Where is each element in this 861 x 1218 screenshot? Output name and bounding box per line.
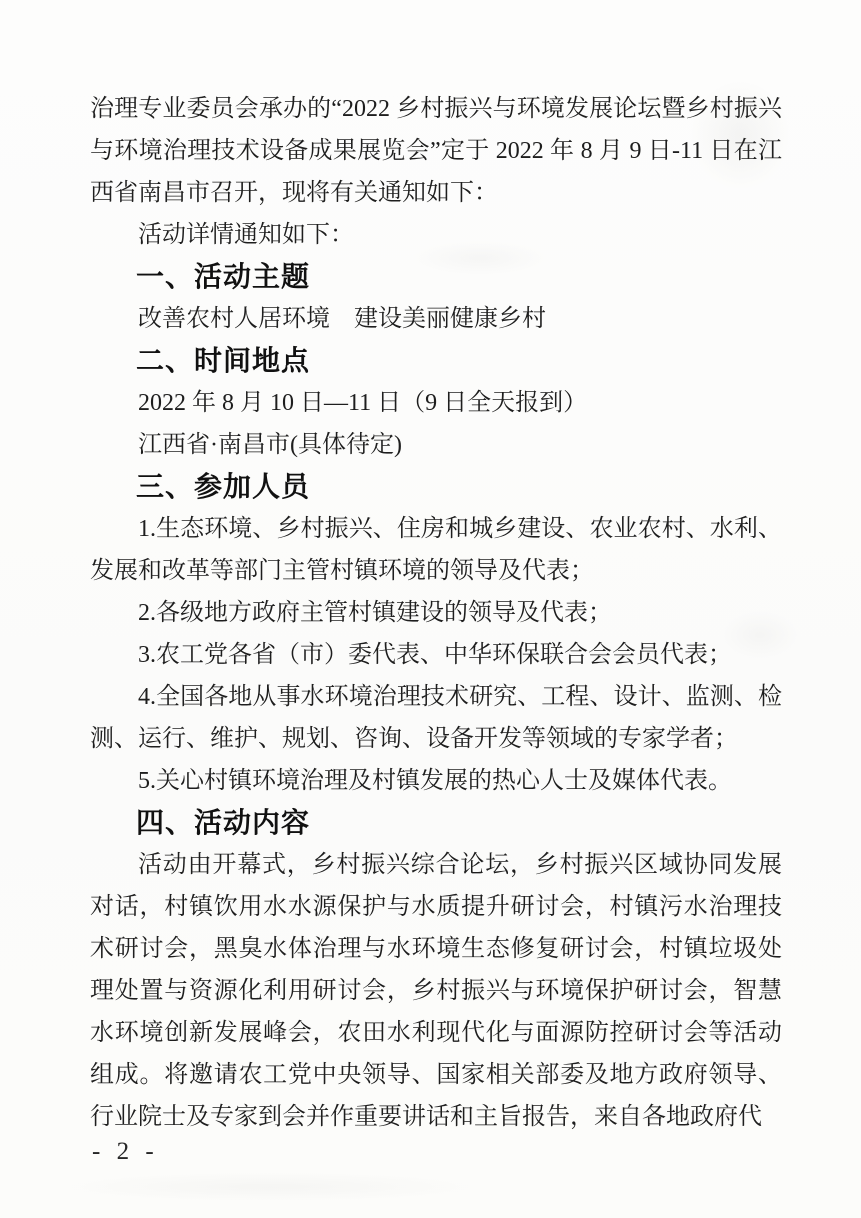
section-heading-4: 四、活动内容 xyxy=(90,802,782,844)
paragraph-continuation: 治理专业委员会承办的“2022 乡村振兴与环境发展论坛暨乡村振兴与环境治理技术设… xyxy=(90,88,782,214)
page-number: - 2 - xyxy=(92,1138,159,1166)
section-heading-3: 三、参加人员 xyxy=(90,466,782,508)
section-heading-2: 二、时间地点 xyxy=(90,340,782,382)
scanned-document-page: 治理专业委员会承办的“2022 乡村振兴与环境发展论坛暨乡村振兴与环境治理技术设… xyxy=(0,0,861,1218)
paragraph-theme: 改善农村人居环境 建设美丽健康乡村 xyxy=(90,298,782,340)
paragraph-activities: 活动由开幕式，乡村振兴综合论坛，乡村振兴区域协同发展对话，村镇饮用水水源保护与水… xyxy=(90,844,782,1138)
participant-item-2: 2.各级地方政府主管村镇建设的领导及代表； xyxy=(90,592,782,634)
paragraph-location: 江西省·南昌市(具体待定) xyxy=(90,424,782,466)
participant-item-4: 4.全国各地从事水环境治理技术研究、工程、设计、监测、检测、运行、维护、规划、咨… xyxy=(90,676,782,760)
paragraph-datetime: 2022 年 8 月 10 日—11 日（9 日全天报到） xyxy=(90,382,782,424)
participant-item-1: 1.生态环境、乡村振兴、住房和城乡建设、农业农村、水利、发展和改革等部门主管村镇… xyxy=(90,508,782,592)
scan-artifact xyxy=(60,1172,480,1202)
section-heading-1: 一、活动主题 xyxy=(90,256,782,298)
participant-item-3: 3.农工党各省（市）委代表、中华环保联合会会员代表； xyxy=(90,634,782,676)
paragraph-intro: 活动详情通知如下： xyxy=(90,214,782,256)
participant-item-5: 5.关心村镇环境治理及村镇发展的热心人士及媒体代表。 xyxy=(90,760,782,802)
document-content: 治理专业委员会承办的“2022 乡村振兴与环境发展论坛暨乡村振兴与环境治理技术设… xyxy=(90,88,782,1138)
